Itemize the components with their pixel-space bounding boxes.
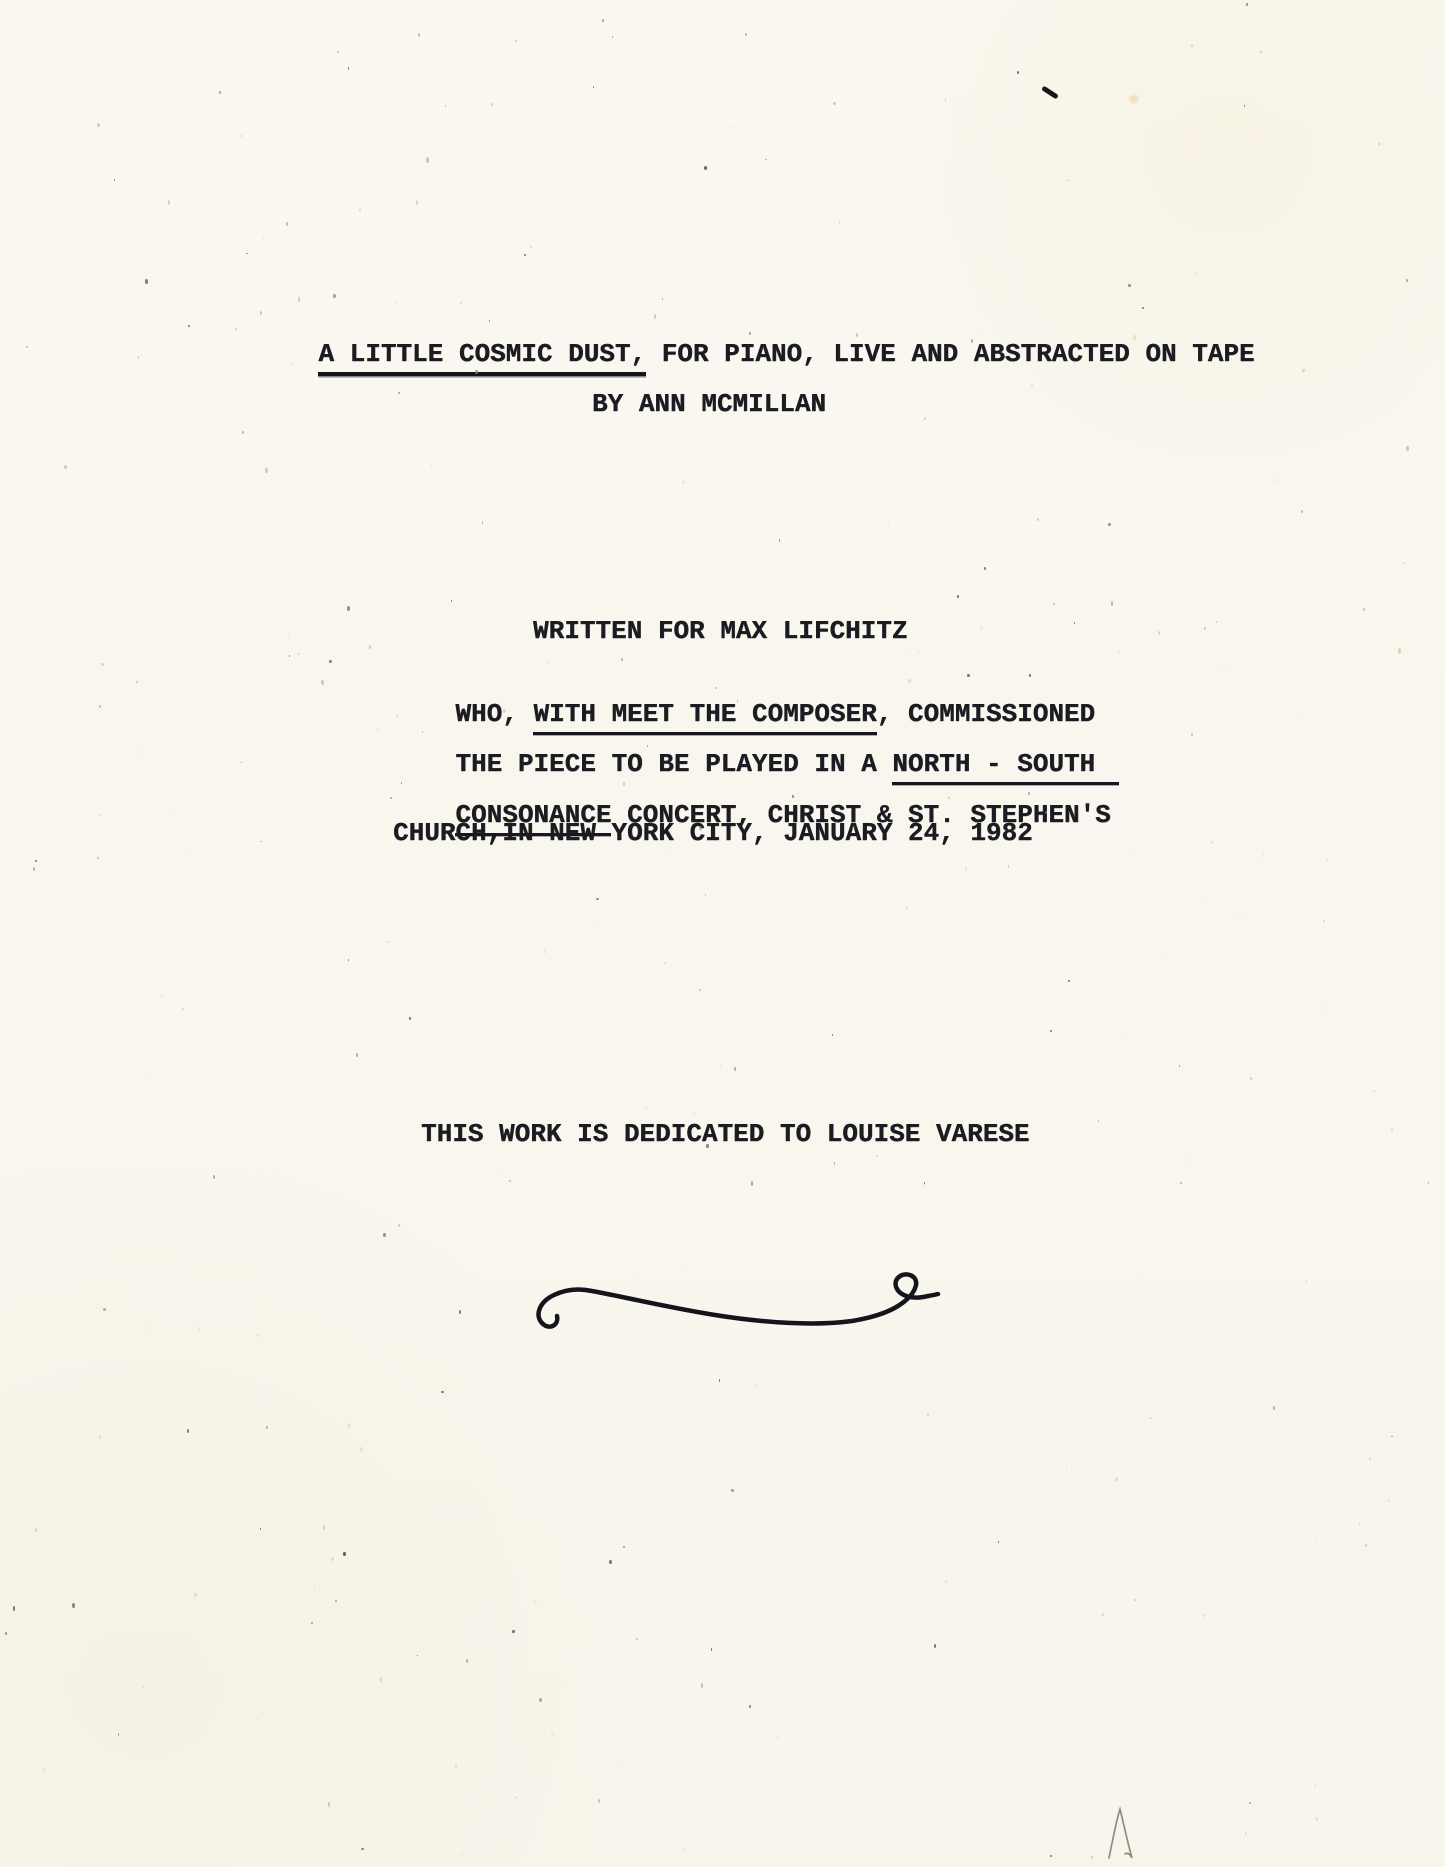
- speck: [1098, 1695, 1099, 1697]
- speck: [145, 279, 148, 284]
- speck: [500, 1170, 502, 1171]
- speck: [1223, 664, 1225, 666]
- speck: [64, 465, 66, 470]
- speck: [360, 1447, 363, 1452]
- speck: [980, 626, 983, 629]
- speck: [779, 539, 781, 542]
- speck: [1249, 1802, 1251, 1805]
- speck: [103, 1308, 106, 1311]
- speck: [288, 637, 289, 638]
- speck: [534, 1600, 536, 1604]
- speck: [1128, 284, 1130, 287]
- speck: [701, 1683, 703, 1687]
- speck: [1210, 841, 1213, 844]
- ink-dash-speck: [1041, 86, 1059, 100]
- speck: [509, 1180, 510, 1182]
- speck: [273, 1174, 274, 1176]
- speck: [348, 959, 349, 961]
- speck: [431, 465, 432, 466]
- speck: [1191, 733, 1193, 736]
- speck: [459, 1310, 461, 1314]
- speck: [101, 663, 103, 666]
- speck: [124, 445, 125, 446]
- speck: [1316, 1541, 1317, 1544]
- speck: [298, 653, 300, 655]
- speck: [460, 302, 462, 304]
- speck: [482, 521, 484, 524]
- speck: [343, 1552, 346, 1556]
- speck: [99, 1435, 101, 1439]
- speck: [185, 852, 187, 853]
- speck: [445, 105, 447, 107]
- speck: [1187, 1159, 1188, 1161]
- speck: [5, 1632, 7, 1635]
- speck: [105, 1659, 106, 1661]
- speck: [213, 1175, 215, 1179]
- speck: [1391, 1436, 1392, 1437]
- speck: [888, 521, 891, 525]
- speck: [923, 1184, 924, 1186]
- speck: [1260, 51, 1262, 53]
- speck: [996, 1535, 998, 1539]
- speck: [257, 1718, 258, 1719]
- speck: [834, 1162, 836, 1166]
- speck: [369, 645, 371, 648]
- speck: [732, 126, 734, 128]
- speck: [146, 1327, 147, 1329]
- speck: [1338, 1507, 1339, 1508]
- speck: [35, 1528, 37, 1531]
- speck: [1326, 859, 1328, 861]
- speck: [1316, 1817, 1318, 1820]
- speck: [524, 254, 525, 257]
- speck: [298, 297, 300, 302]
- speck: [383, 1233, 386, 1237]
- speck: [466, 1659, 468, 1663]
- speck: [100, 815, 101, 816]
- speck: [1246, 3, 1248, 5]
- speck: [612, 36, 614, 39]
- speck: [1403, 562, 1404, 564]
- speck: [745, 33, 746, 36]
- speck: [491, 103, 493, 107]
- speck: [1195, 272, 1197, 275]
- pencil-caret-mark: [1106, 1806, 1136, 1862]
- speck: [857, 269, 858, 270]
- speck: [1091, 1856, 1093, 1859]
- speck: [451, 600, 452, 601]
- speck: [1191, 44, 1193, 46]
- speck: [551, 1731, 553, 1736]
- speck: [876, 1155, 878, 1157]
- speck: [626, 279, 628, 281]
- speck: [1323, 920, 1325, 922]
- speck: [1111, 601, 1113, 605]
- speck: [1239, 914, 1241, 916]
- speck: [1314, 1785, 1316, 1787]
- speck: [242, 431, 244, 434]
- speck: [749, 1705, 751, 1709]
- speck: [623, 1546, 625, 1548]
- speck: [260, 841, 261, 843]
- speck: [114, 179, 115, 181]
- speck: [725, 1685, 727, 1687]
- speck: [705, 894, 707, 897]
- speck: [1050, 1855, 1052, 1858]
- speck: [1180, 1182, 1182, 1184]
- speck: [1108, 523, 1111, 526]
- speck: [602, 19, 604, 22]
- speck: [512, 1630, 514, 1633]
- speck: [409, 1017, 410, 1020]
- speck: [1115, 1477, 1118, 1483]
- speck: [1273, 1406, 1275, 1410]
- speck: [161, 995, 163, 997]
- speck: [194, 1593, 197, 1597]
- speck: [1216, 621, 1217, 623]
- speck: [348, 1423, 350, 1428]
- speck: [593, 86, 594, 88]
- speck: [1161, 959, 1162, 960]
- speck: [417, 1655, 418, 1656]
- speck: [1037, 518, 1039, 521]
- speck: [1130, 855, 1131, 856]
- speck: [235, 328, 237, 330]
- speck: [289, 655, 290, 657]
- speck: [97, 857, 98, 859]
- speck: [146, 1072, 147, 1073]
- speck: [348, 67, 349, 70]
- speck: [1275, 479, 1277, 481]
- speck: [644, 1106, 646, 1109]
- speck: [833, 102, 836, 105]
- speck: [335, 1600, 337, 1602]
- speck: [709, 1459, 710, 1460]
- speck: [356, 1053, 358, 1057]
- speck: [593, 920, 594, 922]
- speck: [1349, 1766, 1351, 1769]
- speck: [492, 1798, 493, 1799]
- byline: BY ANN MCMILLAN: [592, 388, 826, 420]
- speck: [998, 1541, 1000, 1543]
- speck: [1150, 1417, 1152, 1419]
- speck: [1239, 1607, 1241, 1611]
- speck: [751, 1181, 753, 1186]
- speck: [754, 1383, 757, 1386]
- speck: [187, 1429, 189, 1433]
- flourish-swirl-divider: [530, 1266, 945, 1344]
- speck: [1298, 713, 1300, 715]
- speck: [380, 1677, 382, 1682]
- speck: [1320, 1005, 1322, 1009]
- speck: [99, 705, 101, 708]
- speck: [1017, 71, 1019, 73]
- speck: [311, 1622, 313, 1625]
- speck: [777, 1737, 779, 1739]
- speck: [965, 867, 967, 872]
- speck: [914, 53, 915, 54]
- speck: [699, 989, 701, 991]
- speck: [321, 680, 324, 684]
- speck: [1203, 1614, 1205, 1616]
- speck: [1205, 896, 1206, 897]
- speck: [906, 906, 908, 909]
- scanned-typewritten-title-page: A LITTLE COSMIC DUST, FOR PIANO, LIVE AN…: [0, 0, 1445, 1867]
- speck: [1098, 1120, 1099, 1122]
- speck: [347, 606, 350, 610]
- speck: [361, 1848, 364, 1850]
- speck: [1105, 217, 1106, 219]
- speck: [682, 480, 684, 484]
- speck: [118, 1733, 120, 1736]
- speck: [1396, 74, 1398, 76]
- speck: [169, 809, 171, 811]
- speck: [609, 1560, 612, 1564]
- speck: [1244, 105, 1245, 107]
- speck: [72, 1603, 74, 1608]
- speck: [1365, 1544, 1367, 1547]
- speck: [337, 51, 339, 53]
- work-title-underlined-part: A LITTLE COSMIC DUST,: [318, 339, 646, 376]
- speck: [934, 1644, 936, 1648]
- commission-line-1: WRITTEN FOR MAX LIFCHITZ: [533, 615, 907, 647]
- speck: [323, 1525, 325, 1530]
- speck: [136, 681, 138, 684]
- speck: [544, 949, 547, 954]
- commission-line-5: CHURCH,IN NEW YORK CITY, JANUARY 24, 198…: [393, 817, 1033, 849]
- speck: [984, 567, 986, 569]
- speck: [1302, 369, 1304, 372]
- speck: [56, 139, 58, 140]
- dedication-line: THIS WORK IS DEDICATED TO LOUISE VARESE: [421, 1118, 1030, 1150]
- speck: [924, 1182, 926, 1185]
- speck: [13, 1606, 16, 1611]
- speck: [1306, 1280, 1307, 1282]
- speck: [918, 652, 919, 653]
- speck: [1068, 980, 1070, 982]
- speck: [662, 298, 663, 300]
- speck: [1074, 622, 1075, 624]
- speck: [455, 1763, 457, 1768]
- speck: [328, 1802, 330, 1807]
- speck: [331, 1557, 333, 1560]
- speck: [265, 468, 268, 473]
- speck: [266, 1426, 268, 1428]
- speck: [547, 661, 549, 664]
- speck: [1301, 510, 1303, 513]
- speck: [731, 1489, 733, 1493]
- speck: [927, 1413, 929, 1416]
- speck: [684, 1849, 685, 1851]
- speck: [1359, 1522, 1361, 1525]
- speck: [1388, 1500, 1390, 1502]
- speck: [188, 325, 190, 327]
- speck: [1406, 279, 1407, 282]
- speck: [621, 1491, 622, 1492]
- speck: [765, 159, 766, 161]
- speck: [1245, 1831, 1247, 1835]
- speck: [1179, 1065, 1181, 1067]
- speck: [97, 123, 100, 127]
- speck: [1053, 603, 1055, 605]
- speck: [636, 1638, 639, 1640]
- speck: [711, 1648, 712, 1651]
- speck: [388, 941, 389, 943]
- speck: [1391, 1128, 1393, 1133]
- speck: [1204, 627, 1206, 631]
- speck: [416, 200, 418, 205]
- speck: [314, 1586, 315, 1588]
- speck: [957, 595, 959, 597]
- speck: [241, 762, 242, 763]
- work-title-rest: FOR PIANO, LIVE AND ABSTRACTED ON TAPE: [646, 339, 1255, 369]
- speck: [832, 1034, 833, 1036]
- speck: [262, 236, 265, 239]
- speck: [1378, 143, 1380, 145]
- speck: [1406, 446, 1409, 451]
- speck: [1327, 1434, 1329, 1436]
- speck: [1102, 1613, 1104, 1615]
- speck: [260, 1528, 261, 1530]
- speck: [286, 222, 288, 226]
- speck: [1369, 1458, 1371, 1460]
- speck: [664, 962, 666, 964]
- speck: [1002, 553, 1003, 555]
- speck: [1428, 1182, 1430, 1184]
- speck: [143, 1686, 145, 1689]
- speck: [1120, 1034, 1121, 1035]
- speck: [246, 253, 247, 254]
- speck: [530, 246, 532, 248]
- speck: [1134, 1599, 1136, 1601]
- speck: [890, 279, 892, 281]
- speck: [1250, 1077, 1253, 1080]
- speck: [924, 417, 926, 420]
- speck: [33, 867, 35, 871]
- speck: [329, 660, 331, 663]
- speck: [753, 1602, 754, 1605]
- speck: [945, 1580, 948, 1583]
- speck: [26, 346, 27, 348]
- speck: [1398, 648, 1401, 654]
- speck: [1363, 608, 1365, 611]
- speck: [398, 1224, 401, 1227]
- speck: [240, 135, 243, 137]
- speck: [377, 729, 378, 730]
- speck: [515, 1796, 517, 1799]
- speck: [839, 221, 840, 224]
- speck: [426, 157, 429, 162]
- speck: [182, 1008, 184, 1011]
- speck: [596, 898, 598, 900]
- speck: [910, 650, 911, 651]
- speck: [1008, 865, 1009, 867]
- speck: [621, 658, 622, 660]
- speck: [441, 1391, 444, 1394]
- speck: [37, 274, 38, 275]
- speck: [139, 751, 140, 753]
- speck: [1118, 650, 1120, 653]
- speck: [1067, 180, 1068, 181]
- speck: [1158, 631, 1160, 635]
- speck: [257, 1334, 258, 1336]
- speck: [461, 1851, 463, 1856]
- speck: [704, 166, 707, 170]
- speck: [945, 98, 947, 101]
- speck: [1374, 1090, 1375, 1092]
- speck: [598, 1799, 601, 1803]
- speck: [138, 356, 139, 359]
- speck: [35, 860, 37, 862]
- speck: [719, 1379, 721, 1382]
- speck: [622, 1760, 624, 1764]
- speck: [539, 1698, 541, 1702]
- speck: [219, 91, 221, 93]
- speck: [1416, 1593, 1417, 1594]
- speck: [720, 1065, 722, 1068]
- speck: [43, 1767, 46, 1773]
- speck: [168, 200, 171, 205]
- speck: [1066, 1465, 1068, 1468]
- speck: [198, 1327, 201, 1330]
- speck: [333, 294, 336, 298]
- speck: [693, 1112, 695, 1115]
- speck: [1262, 852, 1265, 857]
- speck: [359, 209, 361, 211]
- speck: [734, 1067, 736, 1070]
- speck: [418, 33, 421, 37]
- speck: [395, 301, 396, 304]
- speck: [515, 40, 517, 42]
- speck: [1050, 1030, 1052, 1032]
